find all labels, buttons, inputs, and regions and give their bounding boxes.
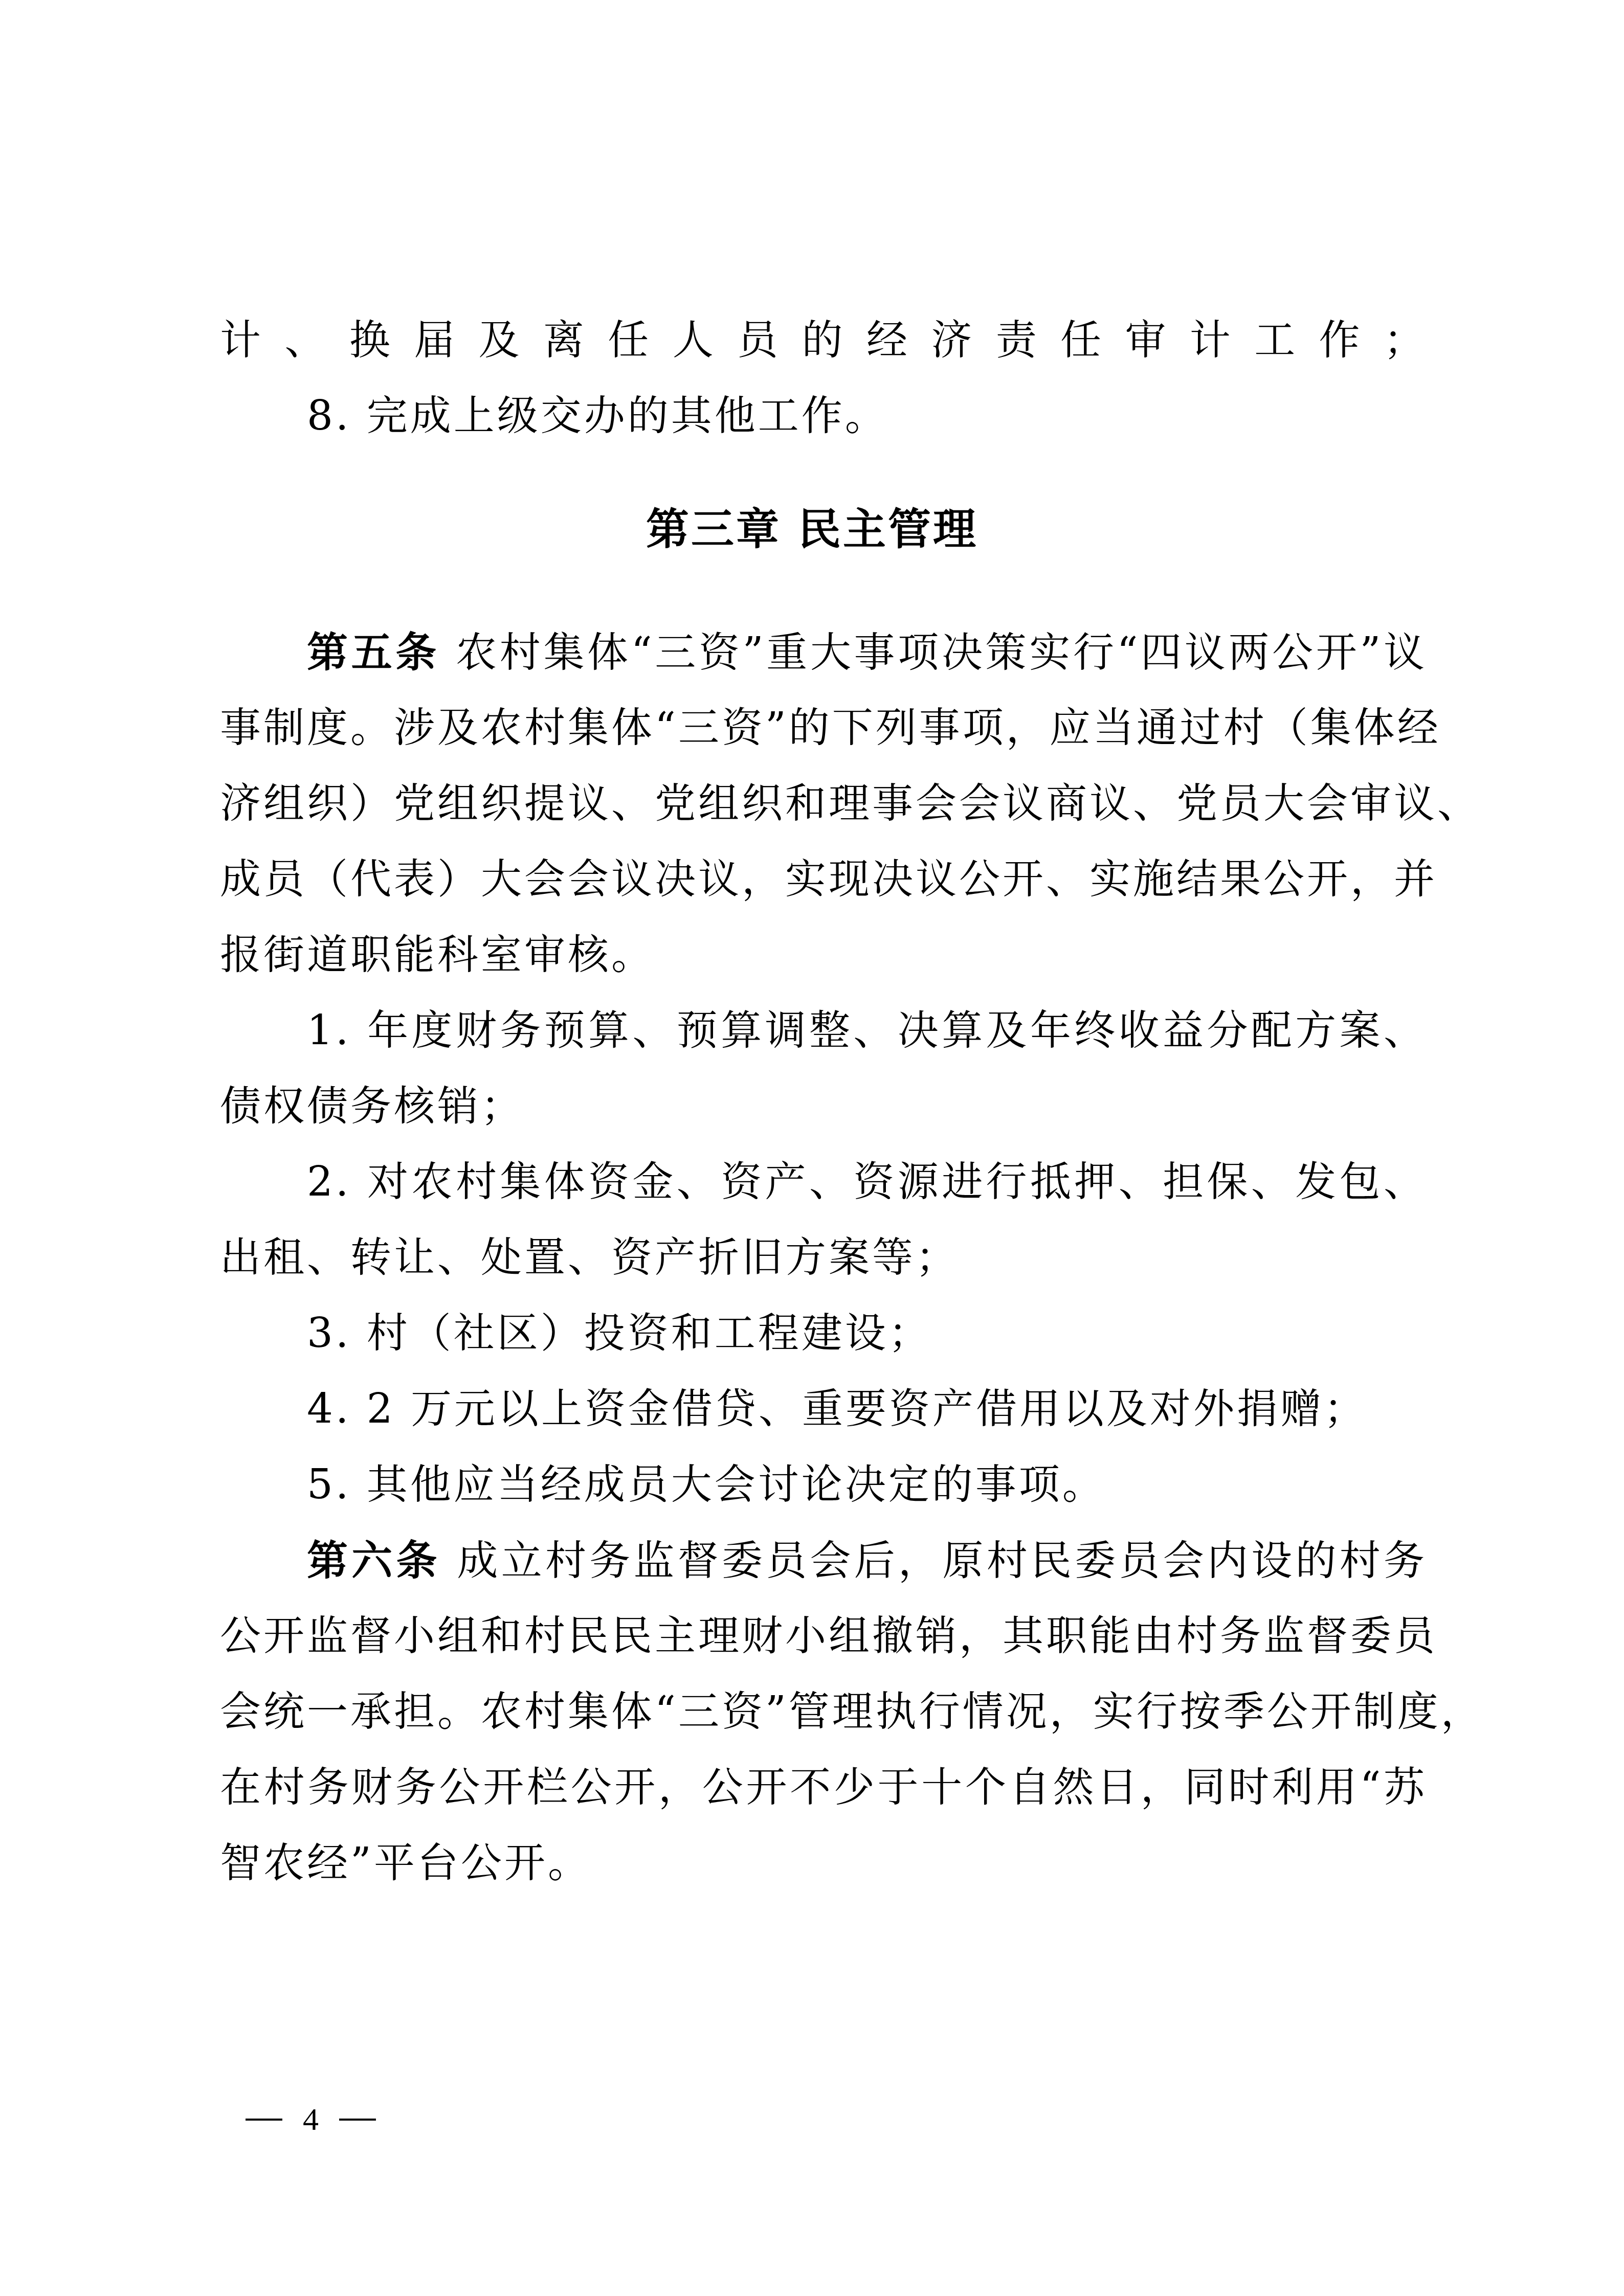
list-item-1-cont: 债权债务核销； bbox=[220, 1081, 1427, 1156]
list-item-3: 3. 村（社区）投资和工程建设； bbox=[220, 1308, 1427, 1383]
paragraph-line: 济组织）党组织提议、党组织和理事会会议商议、党员大会审议、 bbox=[220, 778, 1427, 853]
paragraph-line: 报街道职能科室审核。 bbox=[220, 929, 1427, 1005]
article-6-label: 第六条 bbox=[307, 1536, 441, 1584]
article-5-first-line: 第五条 农村集体“三资”重大事项决策实行“四议两公开”议 bbox=[220, 626, 1427, 702]
list-item-8: 8. 完成上级交办的其他工作。 bbox=[220, 390, 1427, 466]
page-number-dash-left bbox=[246, 2119, 282, 2121]
list-item-1: 1. 年度财务预算、预算调整、决算及年终收益分配方案、 bbox=[220, 1005, 1427, 1081]
paragraph-line: 智农经”平台公开。 bbox=[220, 1837, 1427, 1913]
article-6-first-line: 第六条 成立村务监督委员会后，原村民委员会内设的村务 bbox=[220, 1535, 1427, 1610]
page-footer: 4 bbox=[246, 2102, 376, 2137]
list-item-5: 5. 其他应当经成员大会讨论决定的事项。 bbox=[220, 1459, 1427, 1535]
document-page: 计、换届及离任人员的经济责任审计工作； 8. 完成上级交办的其他工作。 第三章 … bbox=[0, 0, 1624, 2296]
list-item-2-cont: 出租、转让、处置、资产折旧方案等； bbox=[220, 1232, 1427, 1308]
list-item-2: 2. 对农村集体资金、资产、资源进行抵押、担保、发包、 bbox=[220, 1156, 1427, 1232]
paragraph-line: 计、换届及离任人员的经济责任审计工作； bbox=[220, 314, 1427, 390]
paragraph-line: 事制度。涉及农村集体“三资”的下列事项，应当通过村（集体经 bbox=[220, 702, 1427, 778]
article-5-label: 第五条 bbox=[307, 628, 440, 676]
list-item-4: 4. 2 万元以上资金借贷、重要资产借用以及对外捐赠； bbox=[220, 1383, 1427, 1459]
article-5-line-text: 农村集体“三资”重大事项决策实行“四议两公开”议 bbox=[456, 628, 1427, 676]
paragraph-line: 在村务财务公开栏公开，公开不少于十个自然日，同时利用“苏 bbox=[220, 1762, 1427, 1837]
page-number: 4 bbox=[303, 2102, 319, 2137]
paragraph-line: 会统一承担。农村集体“三资”管理执行情况，实行按季公开制度， bbox=[220, 1686, 1427, 1762]
paragraph-line: 成员（代表）大会会议决议，实现决议公开、实施结果公开，并 bbox=[220, 853, 1427, 929]
page-number-dash-right bbox=[339, 2119, 376, 2121]
chapter-heading: 第三章 民主管理 bbox=[0, 504, 1624, 555]
paragraph-line: 公开监督小组和村民民主理财小组撤销，其职能由村务监督委员 bbox=[220, 1610, 1427, 1686]
article-6-line-text: 成立村务监督委员会后，原村民委员会内设的村务 bbox=[457, 1537, 1428, 1584]
